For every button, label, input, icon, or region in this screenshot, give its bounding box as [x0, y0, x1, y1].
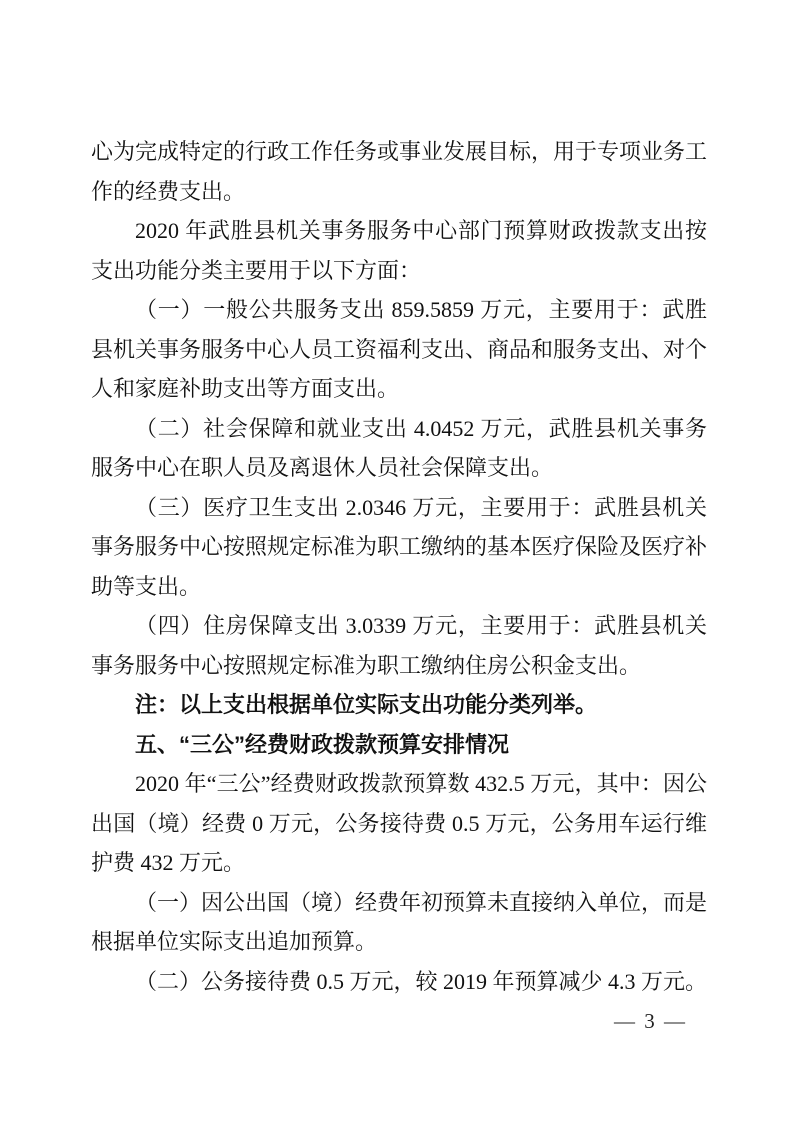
paragraph-item-1: （一）一般公共服务支出 859.5859 万元，主要用于：武胜县机关事务服务中心…	[91, 290, 707, 409]
paragraph-item-4: （四）住房保障支出 3.0339 万元，主要用于：武胜县机关事务服务中心按照规定…	[91, 606, 707, 685]
paragraph-item-2: （二）社会保障和就业支出 4.0452 万元，武胜县机关事务服务中心在职人员及离…	[91, 409, 707, 488]
paragraph-section5-item-2: （二）公务接待费 0.5 万元，较 2019 年预算减少 4.3 万元。	[91, 962, 707, 1002]
paragraph-continuation: 心为完成特定的行政工作任务或事业发展目标，用于专项业务工作的经费支出。	[91, 132, 707, 211]
paragraph-section5-item-1: （一）因公出国（境）经费年初预算未直接纳入单位，而是根据单位实际支出追加预算。	[91, 883, 707, 962]
page-number: — 3 —	[614, 1008, 687, 1034]
paragraph-section5-intro: 2020 年“三公”经费财政拨款预算数 432.5 万元，其中：因公出国（境）经…	[91, 764, 707, 883]
document-body: 心为完成特定的行政工作任务或事业发展目标，用于专项业务工作的经费支出。 2020…	[91, 132, 707, 1001]
paragraph-intro: 2020 年武胜县机关事务服务中心部门预算财政拨款支出按支出功能分类主要用于以下…	[91, 211, 707, 290]
section-heading: 五、“三公”经费财政拨款预算安排情况	[91, 725, 707, 765]
note-paragraph: 注：以上支出根据单位实际支出功能分类列举。	[91, 685, 707, 725]
document-page: 心为完成特定的行政工作任务或事业发展目标，用于专项业务工作的经费支出。 2020…	[0, 0, 793, 1122]
paragraph-item-3: （三）医疗卫生支出 2.0346 万元，主要用于：武胜县机关事务服务中心按照规定…	[91, 488, 707, 607]
